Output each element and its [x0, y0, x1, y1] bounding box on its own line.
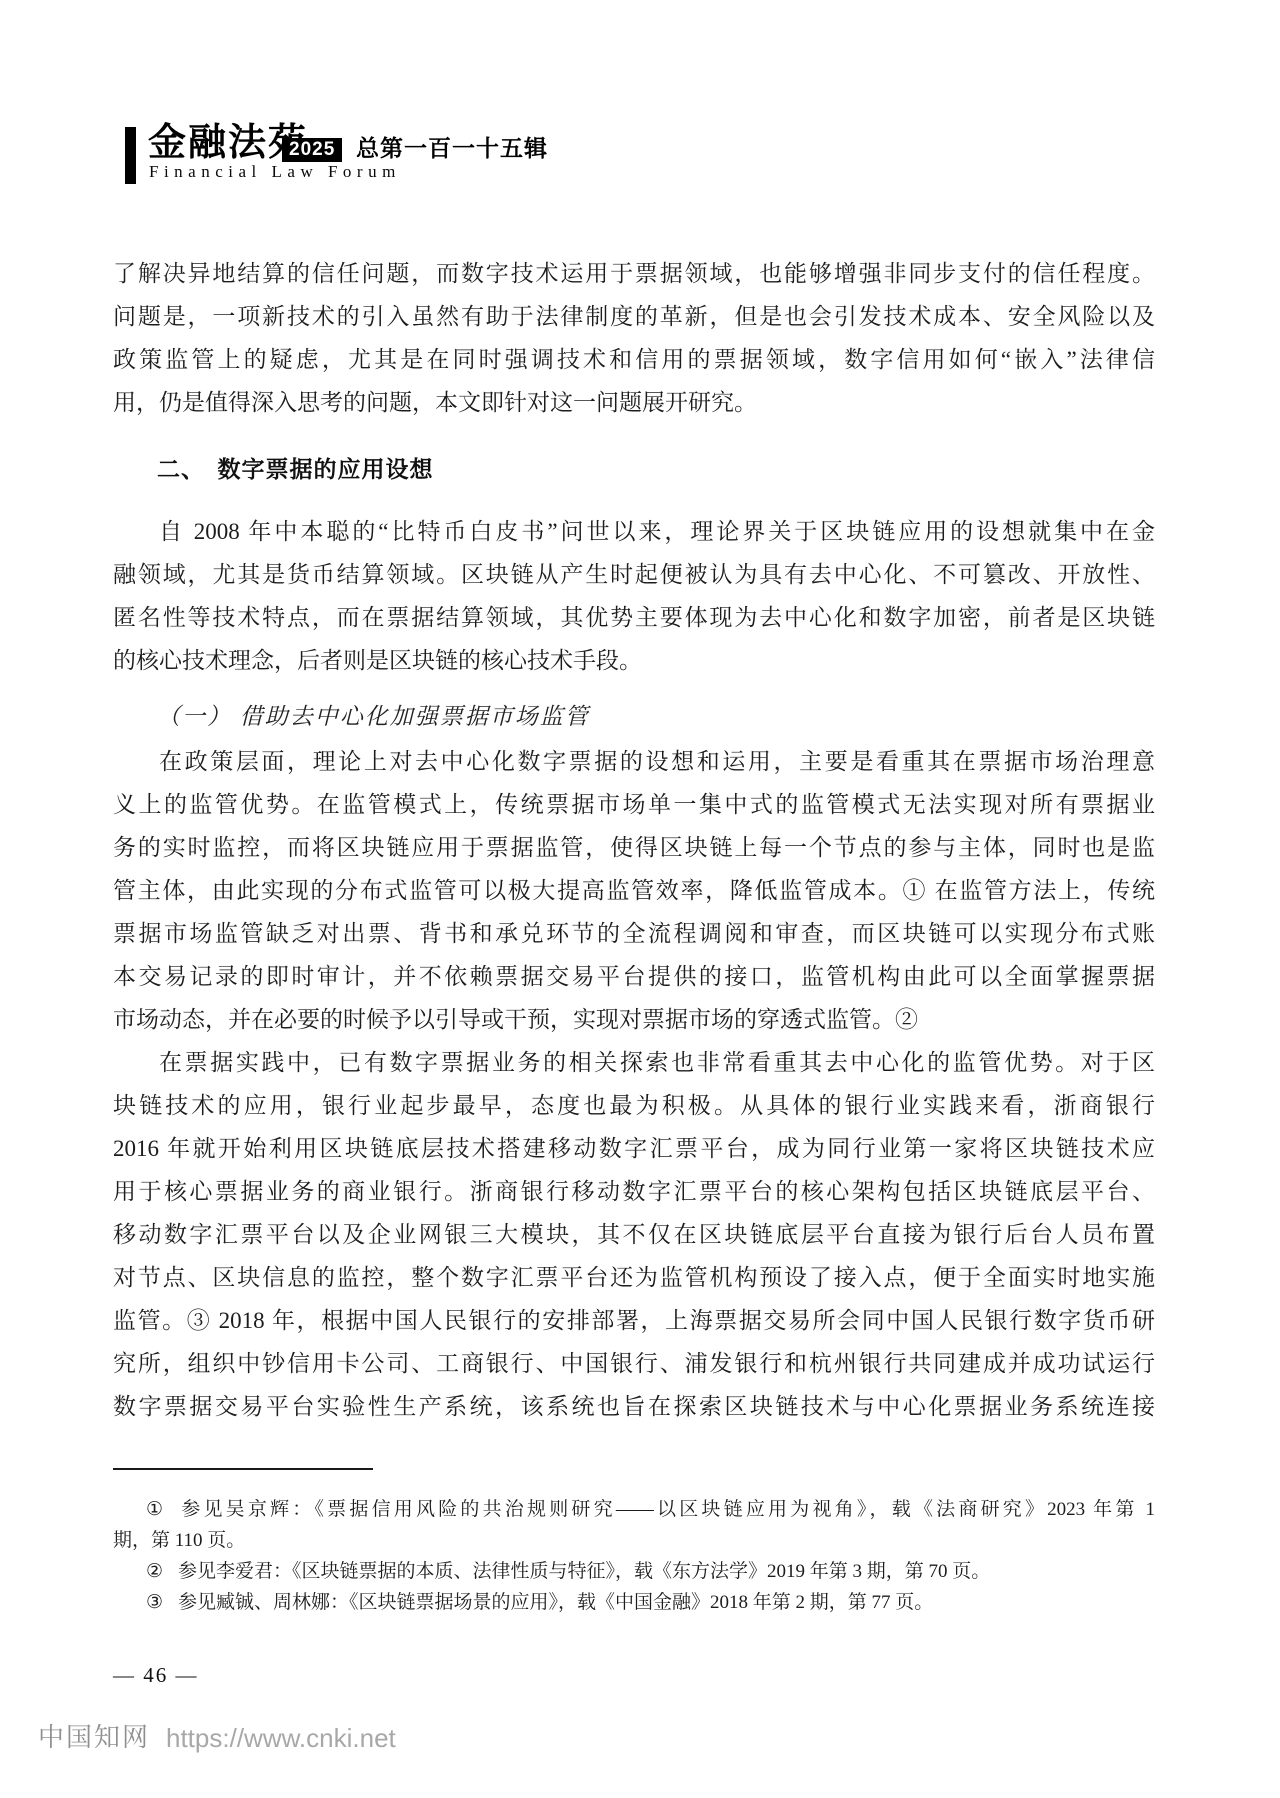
section-heading: 二、 数字票据的应用设想 [113, 448, 1155, 491]
text-line: 对节点、区块信息的监控，整个数字汇票平台还为监管机构预设了接入点，便于全面实时地… [113, 1256, 1155, 1299]
journal-title-en: Financial Law Forum [149, 160, 401, 184]
text-line: 融领域，尤其是货币结算领域。区块链从产生时起便被认为具有去中心化、不可篡改、开放… [113, 553, 1155, 596]
footnote-marker: ③ [146, 1587, 163, 1618]
text-line: 务的实时监控，而将区块链应用于票据监管，使得区块链上每一个节点的参与主体，同时也… [113, 826, 1155, 869]
text-line: 匿名性等技术特点，而在票据结算领域，其优势主要体现为去中心化和数字加密，前者是区… [113, 596, 1155, 639]
text-line: 的核心技术理念，后者则是区块链的核心技术手段。 [113, 639, 1155, 682]
journal-page: 金融法苑 2025 总第一百一十五辑 Financial Law Forum 了… [0, 0, 1280, 1798]
footnote-1: ①参见吴京辉：《票据信用风险的共治规则研究——以区块链应用为视角》，载《法商研究… [113, 1494, 1155, 1525]
text-line: 移动数字汇票平台以及企业网银三大模块，其不仅在区块链底层平台直接为银行后台人员布… [113, 1213, 1155, 1256]
footnote-marker: ① [146, 1494, 163, 1525]
paragraph-1: 了解决异地结算的信任问题，而数字技术运用于票据领域，也能够增强非同步支付的信任程… [113, 252, 1155, 424]
footnote-2: ②参见李爱君：《区块链票据的本质、法律性质与特征》，载《东方法学》2019 年第… [113, 1556, 1155, 1587]
text-line: 用于核心票据业务的商业银行。浙商银行移动数字汇票平台的核心架构包括区块链底层平台… [113, 1170, 1155, 1213]
text-line: 在票据实践中，已有数字票据业务的相关探索也非常看重其去中心化的监管优势。对于区 [113, 1041, 1155, 1084]
footnote-text: 参见李爱君：《区块链票据的本质、法律性质与特征》，载《东方法学》2019 年第 … [178, 1561, 990, 1582]
text-line: 问题是，一项新技术的引入虽然有助于法律制度的革新，但是也会引发技术成本、安全风险… [113, 295, 1155, 338]
text-line: 管主体，由此实现的分布式监管可以极大提高监管效率，降低监管成本。① 在监管方法上… [113, 869, 1155, 912]
cnki-watermark-url: https://www.cnki.net [166, 1721, 396, 1755]
footnotes: ①参见吴京辉：《票据信用风险的共治规则研究——以区块链应用为视角》，载《法商研究… [113, 1494, 1155, 1618]
text-line: 在政策层面，理论上对去中心化数字票据的设想和运用，主要是看重其在票据市场治理意 [113, 740, 1155, 783]
text-line: 数字票据交易平台实验性生产系统，该系统也旨在探索区块链技术与中心化票据业务系统连… [113, 1385, 1155, 1428]
paragraph-3: 在政策层面，理论上对去中心化数字票据的设想和运用，主要是看重其在票据市场治理意 … [113, 740, 1155, 1041]
text-line: 监管。③ 2018 年，根据中国人民银行的安排部署，上海票据交易所会同中国人民银… [113, 1299, 1155, 1342]
text-line: 2016 年就开始利用区块链底层技术搭建移动数字汇票平台，成为同行业第一家将区块… [113, 1127, 1155, 1170]
footnote-separator [113, 1468, 373, 1470]
text-line: 用，仍是值得深入思考的问题，本文即针对这一问题展开研究。 [113, 381, 1155, 424]
issue-label: 总第一百一十五辑 [356, 135, 548, 163]
text-line: 了解决异地结算的信任问题，而数字技术运用于票据领域，也能够增强非同步支付的信任程… [113, 252, 1155, 295]
subsection-heading: （一） 借助去中心化加强票据市场监管 [113, 695, 1155, 738]
footnote-3: ③参见臧铖、周林娜：《区块链票据场景的应用》，载《中国金融》2018 年第 2 … [113, 1587, 1155, 1618]
page-number: — 46 — [113, 1662, 1155, 1688]
year-badge: 2025 [282, 138, 342, 162]
article-body: 了解决异地结算的信任问题，而数字技术运用于票据领域，也能够增强非同步支付的信任程… [113, 252, 1155, 1688]
footnote-text: 参见臧铖、周林娜：《区块链票据场景的应用》，载《中国金融》2018 年第 2 期… [178, 1592, 933, 1613]
footnote-text: 参见吴京辉：《票据信用风险的共治规则研究——以区块链应用为视角》，载《法商研究》… [178, 1499, 1155, 1520]
text-line: 政策监管上的疑虑，尤其是在同时强调技术和信用的票据领域，数字信用如何“嵌入”法律… [113, 338, 1155, 381]
text-line: 块链技术的应用，银行业起步最早，态度也最为积极。从具体的银行业实践来看，浙商银行 [113, 1084, 1155, 1127]
text-line: 市场动态，并在必要的时候予以引导或干预，实现对票据市场的穿透式监管。② [113, 998, 1155, 1041]
paragraph-4: 在票据实践中，已有数字票据业务的相关探索也非常看重其去中心化的监管优势。对于区 … [113, 1041, 1155, 1428]
paragraph-2: 自 2008 年中本聪的“比特币白皮书”问世以来，理论界关于区块链应用的设想就集… [113, 510, 1155, 682]
text-line: 票据市场监管缺乏对出票、背书和承兑环节的全流程调阅和审查，而区块链可以实现分布式… [113, 912, 1155, 955]
footnote-1-continuation: 期，第 110 页。 [113, 1525, 1155, 1556]
text-line: 究所，组织中钞信用卡公司、工商银行、中国银行、浦发银行和杭州银行共同建成并成功试… [113, 1342, 1155, 1385]
text-line: 自 2008 年中本聪的“比特币白皮书”问世以来，理论界关于区块链应用的设想就集… [113, 510, 1155, 553]
footnote-marker: ② [146, 1556, 163, 1587]
header-accent-bar [125, 127, 136, 184]
text-line: 本交易记录的即时审计，并不依赖票据交易平台提供的接口，监管机构由此可以全面掌握票… [113, 955, 1155, 998]
cnki-watermark-logo: 中国知网 [38, 1719, 150, 1755]
text-line: 义上的监管优势。在监管模式上，传统票据市场单一集中式的监管模式无法实现对所有票据… [113, 783, 1155, 826]
